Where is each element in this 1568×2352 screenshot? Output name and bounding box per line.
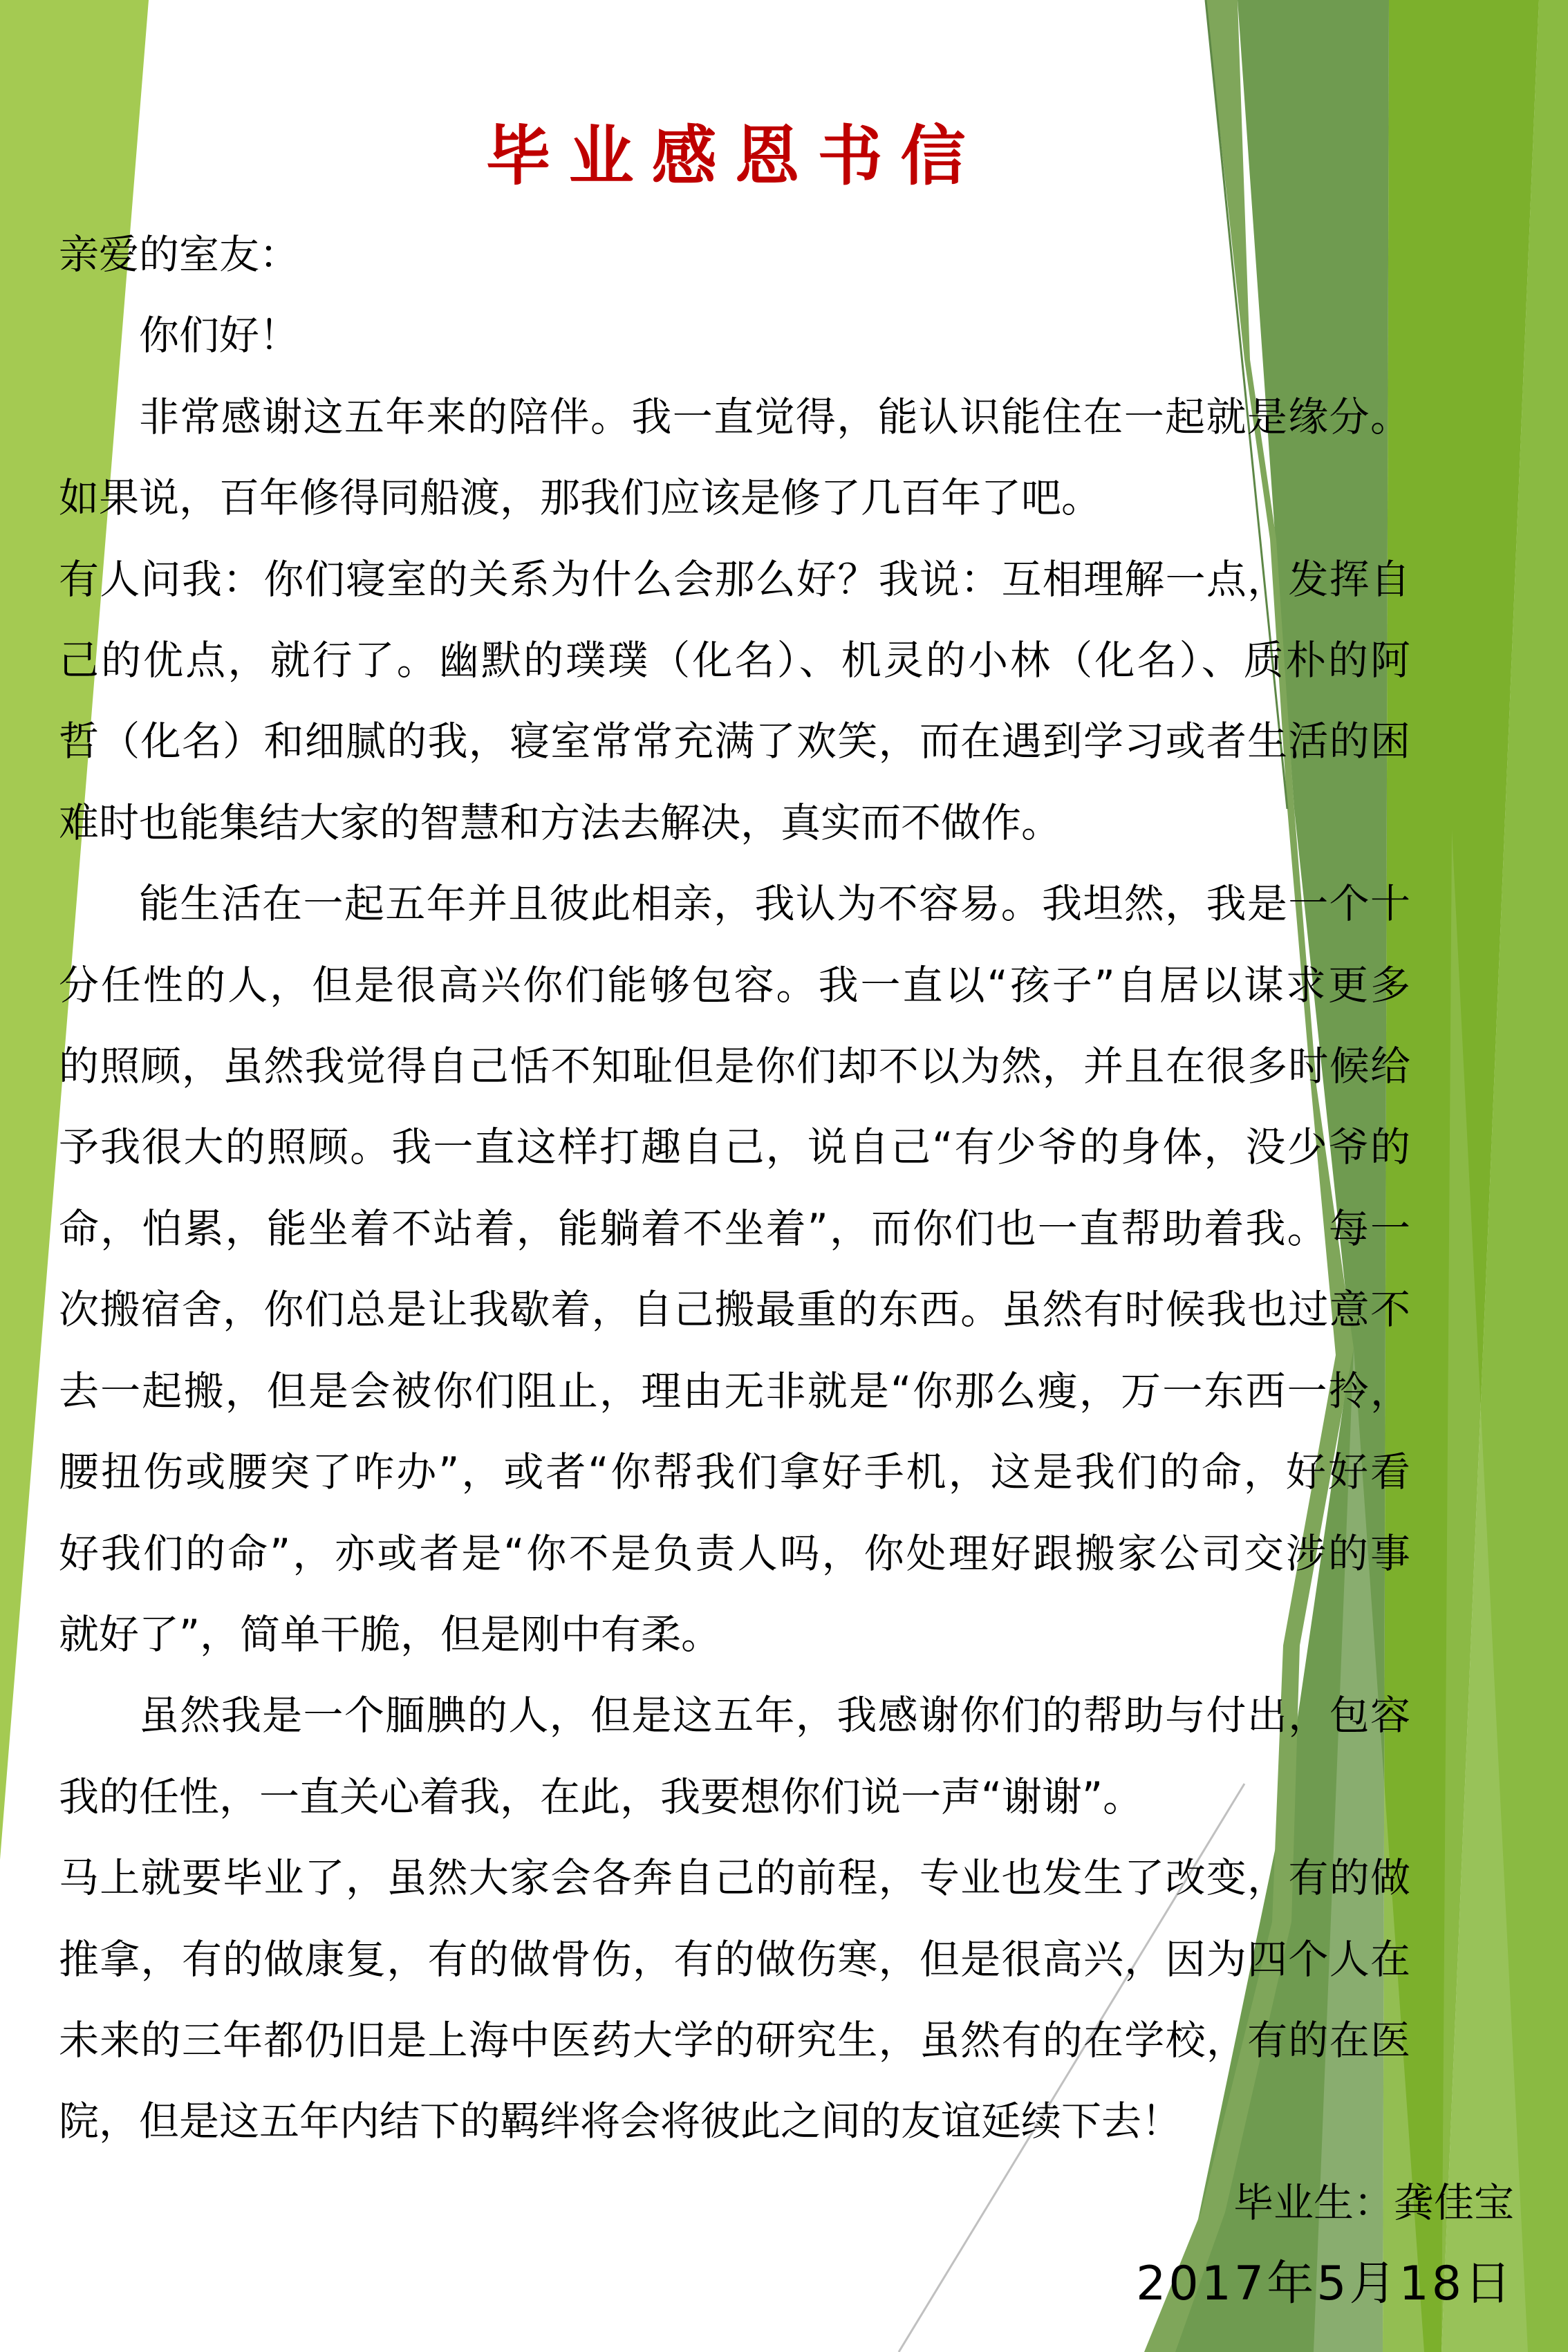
letter-line: 予我很大的照顾。我一直这样打趣自己，说自己“有少爷的身体，没少爷的 <box>59 1107 1410 1188</box>
signature-name: 毕业生：龚佳宝 <box>59 2163 1514 2243</box>
letter-line: 马上就要毕业了，虽然大家会各奔自己的前程，专业也发生了改变，有的做 <box>59 1838 1410 1919</box>
letter-line: 虽然我是一个腼腆的人，但是这五年，我感谢你们的帮助与付出，包容 <box>59 1675 1410 1756</box>
letter-line: 好我们的命”，亦或者是“你不是负责人吗，你处理好跟搬家公司交涉的事 <box>59 1513 1410 1594</box>
letter-line: 院，但是这五年内结下的羁绊将会将彼此之间的友谊延续下去！ <box>59 2081 1410 2162</box>
letter-line: 命，怕累，能坐着不站着，能躺着不坐着”，而你们也一直帮助着我。每一 <box>59 1188 1410 1269</box>
letter-line: 次搬宿舍，你们总是让我歇着，自己搬最重的东西。虽然有时候我也过意不 <box>59 1269 1410 1350</box>
letter-line: 未来的三年都仍旧是上海中医药大学的研究生，虽然有的在学校，有的在医 <box>59 2000 1410 2081</box>
letter-line: 分任性的人，但是很高兴你们能够包容。我一直以“孩子”自居以谋求更多 <box>59 945 1410 1026</box>
letter-title: 毕业感恩书信 <box>59 104 1410 197</box>
letter-line: 哲（化名）和细腻的我，寝室常常充满了欢笑，而在遇到学习或者生活的困 <box>59 701 1410 782</box>
signature-block: 毕业生：龚佳宝 2017年5月18日 <box>59 2163 1514 2325</box>
letter-line: 己的优点，就行了。幽默的璞璞（化名）、机灵的小林（化名）、质朴的阿 <box>59 620 1410 701</box>
letter-line: 难时也能集结大家的智慧和方法去解决，真实而不做作。 <box>59 783 1410 864</box>
letter-line: 推拿，有的做康复，有的做骨伤，有的做伤寒，但是很高兴，因为四个人在 <box>59 1919 1410 2000</box>
letter-line: 我的任性，一直关心着我，在此，我要想你们说一声“谢谢”。 <box>59 1757 1410 1838</box>
letter-line: 去一起搬，但是会被你们阻止，理由无非就是“你那么瘦，万一东西一拎， <box>59 1351 1410 1432</box>
letter-line: 你们好！ <box>59 295 1410 376</box>
letter-body: 亲爱的室友： 你们好！ 非常感谢这五年来的陪伴。我一直觉得，能认识能住在一起就是… <box>59 214 1410 2163</box>
letter-line: 非常感谢这五年来的陪伴。我一直觉得，能认识能住在一起就是缘分。 <box>59 377 1410 458</box>
letter-line: 就好了”，简单干脆，但是刚中有柔。 <box>59 1594 1410 1675</box>
letter-content: 毕业感恩书信 亲爱的室友： 你们好！ 非常感谢这五年来的陪伴。我一直觉得，能认识… <box>0 0 1568 2352</box>
letter-line: 亲爱的室友： <box>59 214 1410 295</box>
letter-line: 能生活在一起五年并且彼此相亲，我认为不容易。我坦然，我是一个十 <box>59 864 1410 944</box>
letter-line: 的照顾，虽然我觉得自己恬不知耻但是你们却不以为然，并且在很多时候给 <box>59 1026 1410 1107</box>
letter-line: 腰扭伤或腰突了咋办”，或者“你帮我们拿好手机，这是我们的命，好好看 <box>59 1432 1410 1513</box>
letter-line: 有人问我：你们寝室的关系为什么会那么好？我说：互相理解一点，发挥自 <box>59 539 1410 620</box>
letter-line: 如果说，百年修得同船渡，那我们应该是修了几百年了吧。 <box>59 458 1410 539</box>
letter-page: 毕业感恩书信 亲爱的室友： 你们好！ 非常感谢这五年来的陪伴。我一直觉得，能认识… <box>0 0 1568 2352</box>
signature-date: 2017年5月18日 <box>59 2243 1514 2324</box>
